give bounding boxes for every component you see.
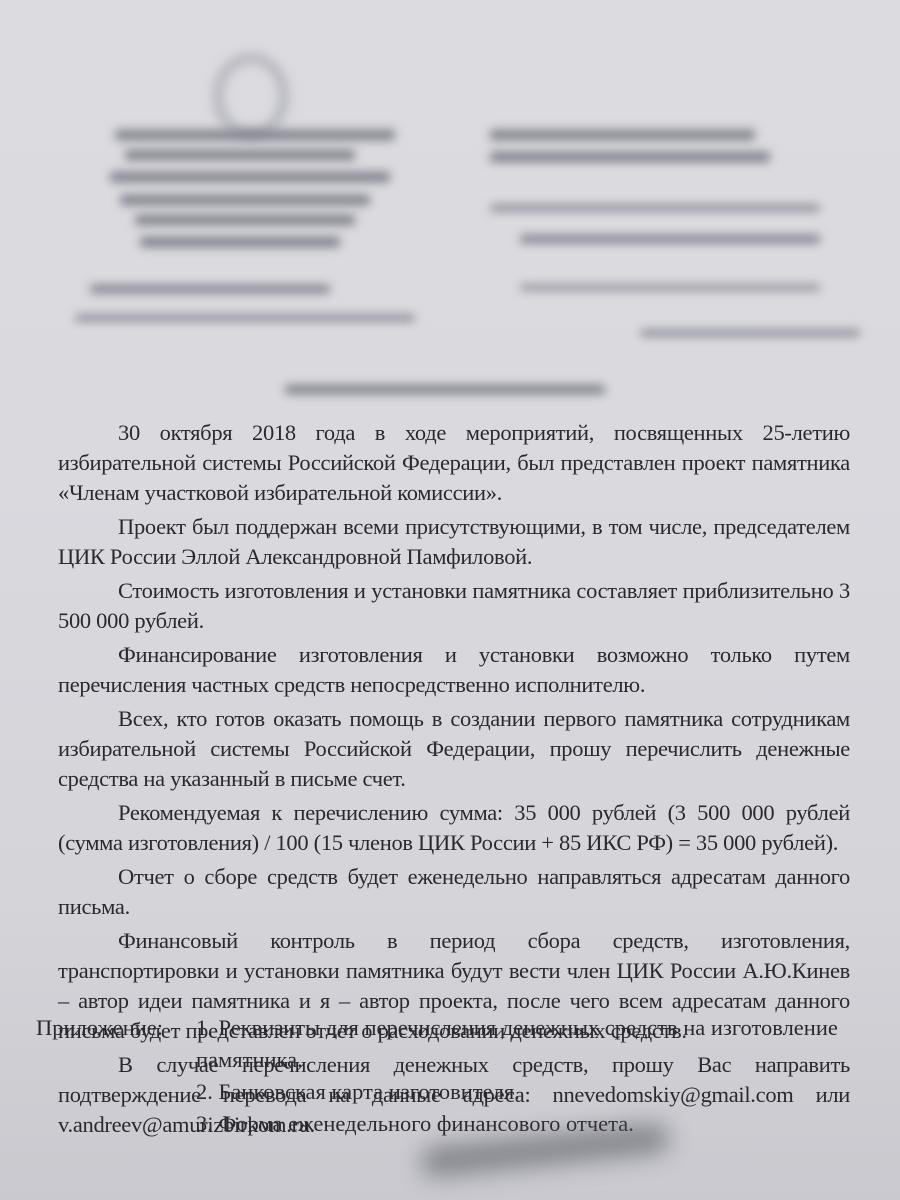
paragraph: Стоимость изготовления и установки памят… xyxy=(58,576,850,636)
appendix-item: 2. Банковская карта изготовителя. xyxy=(196,1076,866,1108)
paragraph: Рекомендуемая к перечислению сумма: 35 0… xyxy=(58,798,850,858)
appendix-label: Приложение: xyxy=(36,1012,196,1140)
appendix-item: 1. Реквизиты для перечисления денежных с… xyxy=(196,1012,866,1076)
paragraph: Проект был поддержан всеми присутствующи… xyxy=(58,512,850,572)
paragraph: Финансирование изготовления и установки … xyxy=(58,640,850,700)
letter-page: 30 октября 2018 года в ходе мероприятий,… xyxy=(0,0,900,1200)
paragraph: 30 октября 2018 года в ходе мероприятий,… xyxy=(58,418,850,508)
emblem-icon xyxy=(215,55,287,137)
appendix-list: 1. Реквизиты для перечисления денежных с… xyxy=(196,1012,866,1140)
appendix-item: 3. Форма еженедельного финансового отчет… xyxy=(196,1108,866,1140)
paragraph: Отчет о сборе средств будет еженедельно … xyxy=(58,862,850,922)
appendix-section: Приложение: 1. Реквизиты для перечислени… xyxy=(36,1012,866,1140)
paragraph: Всех, кто готов оказать помощь в создани… xyxy=(58,704,850,794)
